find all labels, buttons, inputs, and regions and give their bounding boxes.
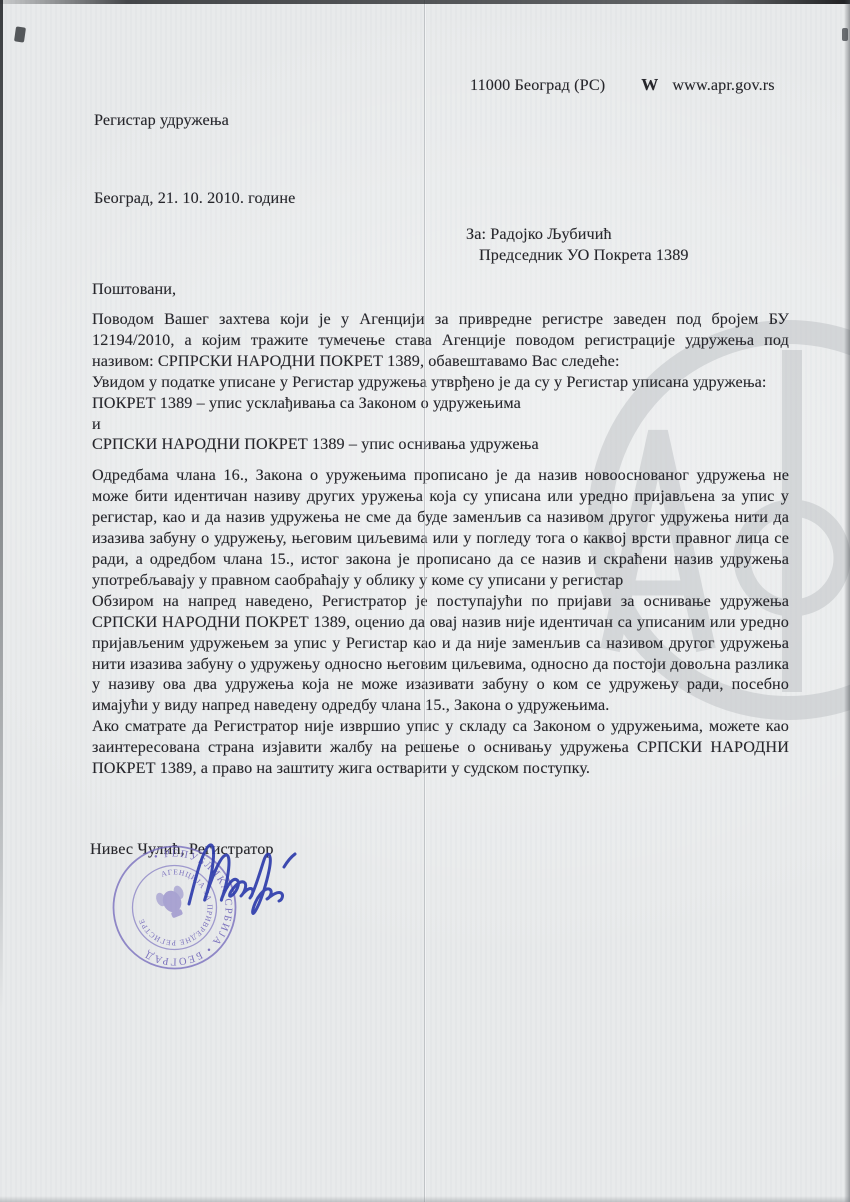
recipient-block: За: Радојко Љубичић Председник УО Покрет… — [466, 224, 689, 266]
recipient-name: За: Радојко Љубичић — [466, 224, 689, 245]
letterhead-contact-line: 11000 Београд (РС)Wwww.apr.gov.rs — [470, 75, 810, 96]
letterhead-address: 11000 Београд (РС) — [470, 76, 605, 94]
scan-edge-top — [0, 0, 850, 4]
recipient-title: Председник УО Покрета 1389 — [479, 245, 689, 266]
vertical-fold-crease — [424, 0, 426, 1202]
scan-speck — [14, 26, 26, 42]
letter-body: Поводом Вашег захтева који је у Агенцији… — [92, 309, 789, 779]
letterhead-website: www.apr.gov.rs — [672, 76, 774, 94]
registered-entry-line: ПОКРЕТ 1389 – упис усклађивања са Законо… — [92, 393, 789, 414]
handwritten-signature — [183, 836, 305, 924]
registry-line: Регистар удружења — [94, 110, 229, 131]
salutation: Поштовани, — [92, 279, 176, 300]
registered-entry-line: СРПСКИ НАРОДНИ ПОКРЕТ 1389 – упис оснива… — [92, 434, 789, 455]
conjunction-line: и — [92, 414, 789, 435]
scanned-letter-page: 11000 Београд (РС)Wwww.apr.gov.rs Регист… — [0, 0, 850, 1202]
paragraph: Одредбама члана 16., Закона о уружењима … — [92, 465, 789, 590]
paragraph: Ако сматрате да Регистратор није извршио… — [92, 716, 789, 779]
date-line: Београд, 21. 10. 2010. године — [94, 188, 295, 209]
paragraph: Обзиром на напред наведено, Регистратор … — [92, 591, 789, 716]
paragraph: Поводом Вашег захтева који је у Агенцији… — [92, 309, 789, 372]
web-glyph-icon: W — [641, 75, 658, 94]
scan-edge-right — [844, 0, 850, 1202]
scan-speck — [842, 28, 848, 41]
scan-edge-bottom — [0, 1196, 850, 1202]
scan-edge-left — [0, 0, 3, 1010]
paragraph: Увидом у податке уписане у Регистар удру… — [92, 372, 789, 393]
